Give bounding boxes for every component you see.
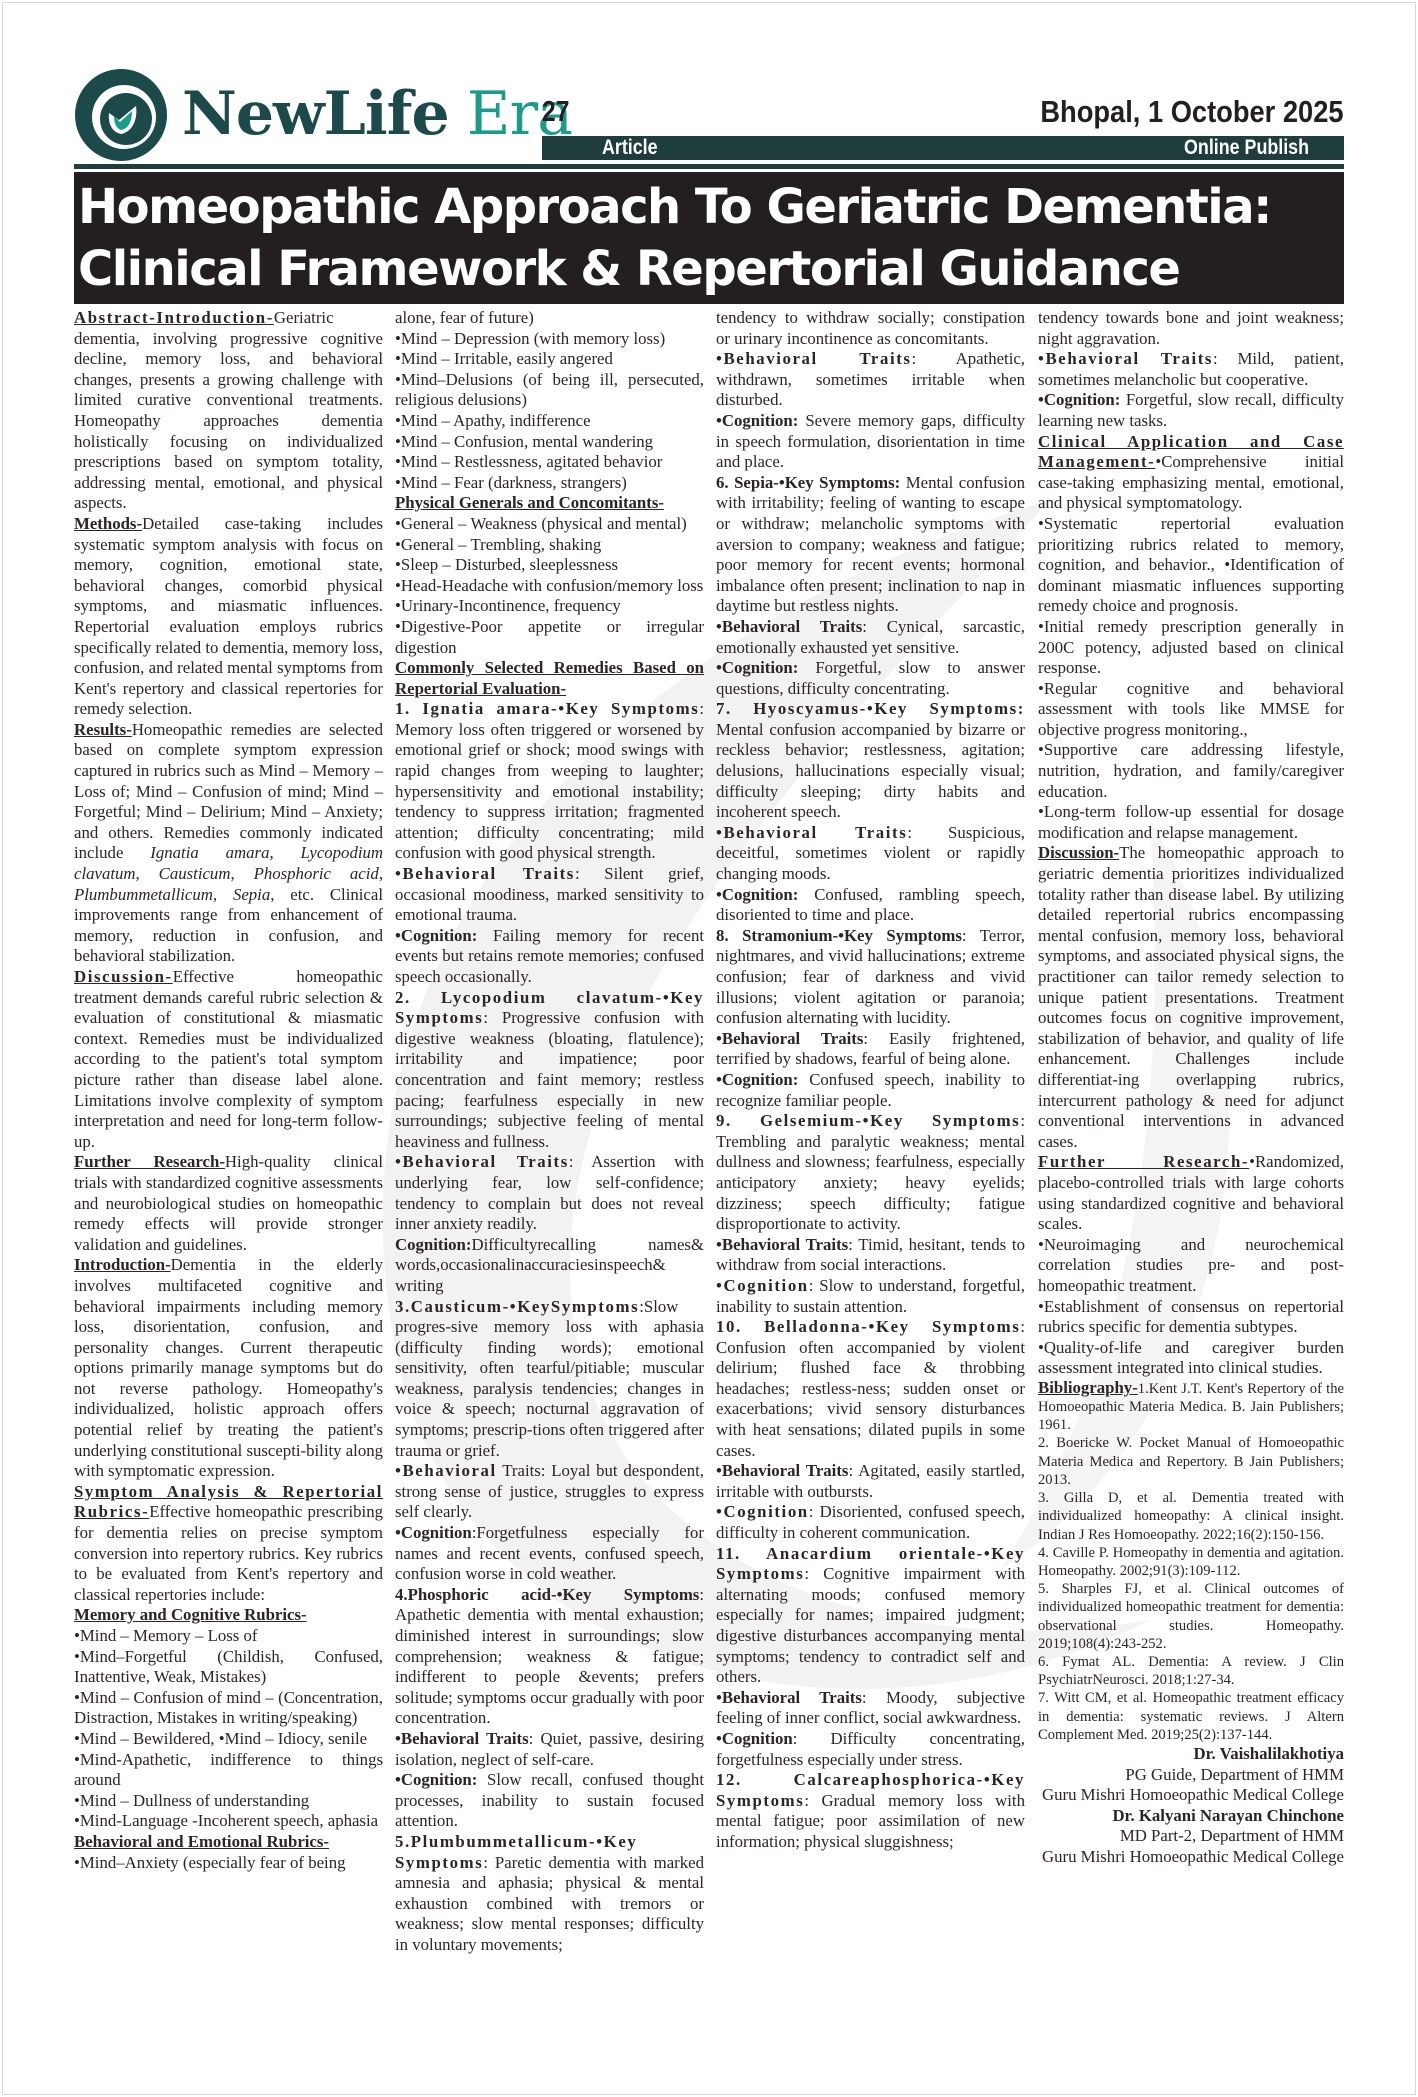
remedy-9-key: 9. Gelsemium-•Key Symptoms: Trembling an… (716, 1111, 1025, 1235)
remedy-title: 8. Stramonium-•Key Symptoms (716, 926, 962, 945)
physical-generals-heading: Physical Generals and Concomitants- (395, 493, 704, 514)
list-item: •Mind – Memory – Loss of (74, 1626, 383, 1647)
bibliography-entry: 7. Witt CM, et al. Homeopathic treatment… (1038, 1689, 1344, 1744)
remedy-title: 4.Phosphoric acid-•Key Symptoms (395, 1585, 699, 1604)
discussion-paragraph: Discussion-The homeopathic approach to g… (1038, 843, 1344, 1152)
newlife-leaf-logo-icon (74, 68, 168, 162)
remedy-text: : Apathetic dementia with mental exhaust… (395, 1585, 704, 1728)
symptom-analysis-paragraph: Symptom Analysis & Repertorial Rubrics-E… (74, 1482, 383, 1606)
cognition-label: •Cognition: (716, 1070, 798, 1089)
remedy-12-key: 12. Calcareaphosphorica-•Key Symptoms: G… (716, 1770, 1025, 1852)
list-item: •Sleep – Disturbed, sleeplessness (395, 555, 704, 576)
remedy-12-continued: tendency towards bone and joint weakness… (1038, 308, 1344, 349)
page-number: 27 (542, 96, 569, 129)
author-role: PG Guide, Department of HMM (1038, 1765, 1344, 1786)
remedy-10-behavior: •Behavioral Traits: Agitated, easily sta… (716, 1461, 1025, 1502)
remedy-text: : Memory loss often triggered or worsene… (395, 699, 704, 862)
traits-label: •Behavioral Traits (395, 864, 575, 883)
cognition-label: •Cognition (716, 1276, 809, 1295)
remedy-text: Mental confusion with irritability; feel… (716, 473, 1025, 616)
author-role: MD Part-2, Department of HMM (1038, 1826, 1344, 1847)
introduction-paragraph: Introduction-Dementia in the elderly inv… (74, 1255, 383, 1482)
remedy-12-behavior: •Behavioral Traits: Mild, patient, somet… (1038, 349, 1344, 390)
remedy-11-behavior: •Behavioral Traits: Moody, subjective fe… (716, 1688, 1025, 1729)
cognition-label: •Cognition: (716, 658, 798, 677)
remedy-5-key: 5.Plumbummetallicum-•Key Symptoms: Paret… (395, 1832, 704, 1956)
list-item: •Mind – Apathy, indifference (395, 411, 704, 432)
bibliography-entry: Bibliography-1.Kent J.T. Kent's Repertor… (1038, 1379, 1344, 1435)
remedy-title: 3.Causticum-•KeySymptoms (395, 1297, 639, 1316)
bibliography-entry: 3. Gilla D, et al. Dementia treated with… (1038, 1489, 1344, 1544)
memory-rubrics-heading: Memory and Cognitive Rubrics- (74, 1605, 383, 1626)
list-item: •Head-Headache with confusion/memory los… (395, 576, 704, 597)
remedy-11-key: 11. Anacardium orientale-•Key Symptoms: … (716, 1544, 1025, 1688)
cognition-label: Cognition: (395, 1235, 471, 1254)
clinical-application-paragraph: Clinical Application and Case Management… (1038, 432, 1344, 514)
list-item: •Mind – Dullness of understanding (74, 1791, 383, 1812)
remedy-1-cognition: •Cognition: Failing memory for recent ev… (395, 926, 704, 988)
remedy-title: 9. Gelsemium-•Key Symptoms (716, 1111, 1020, 1130)
remedy-text: :Slow progres-sive memory loss with apha… (395, 1297, 704, 1460)
author-institution: Guru Mishri Homoeopathic Medical College (1038, 1847, 1344, 1868)
cognition-label: •Cognition: (395, 926, 477, 945)
list-item: •Systematic repertorial evaluation prior… (1038, 514, 1344, 617)
remedy-6-key: 6. Sepia-•Key Symptoms: Mental confusion… (716, 473, 1025, 617)
methods-text: Detailed case-taking includes systematic… (74, 514, 383, 718)
list-item: •Mind – Depression (with memory loss) (395, 329, 704, 350)
list-item: •Mind – Confusion of mind – (Concentrati… (74, 1688, 383, 1729)
traits-label: •Behavioral Traits (716, 823, 907, 842)
remedy-3-behavior: •Behavioral Traits: Loyal but despondent… (395, 1461, 704, 1523)
list-item-continued: alone, fear of future) (395, 308, 704, 329)
logo-name: NewLife (182, 79, 449, 149)
results-heading: Results- (74, 720, 132, 739)
list-item: •Regular cognitive and behavioral assess… (1038, 679, 1344, 741)
masthead-logo-text: NewLife Era (182, 74, 572, 154)
remedy-title: 10. Belladonna-•Key Symptoms (716, 1317, 1020, 1336)
cognition-label: •Cognition: (716, 885, 798, 904)
masthead-rule (74, 164, 1344, 169)
headline-line-2: Clinical Framework & Repertorial Guidanc… (78, 238, 1344, 300)
author-block-2: Dr. Kalyani Narayan Chinchone MD Part-2,… (1038, 1806, 1344, 1868)
column-4: tendency towards bone and joint weakness… (1038, 308, 1344, 1868)
list-item: •Mind – Fear (darkness, strangers) (395, 473, 704, 494)
remedy-text: : Confusion often accompanied by violent… (716, 1317, 1025, 1460)
article-body: Abstract-Introduction-Geriatric dementia… (74, 308, 1344, 2048)
cognition-label: •Cognition (716, 1729, 793, 1748)
page-title: Homeopathic Approach To Geriatric Dement… (74, 172, 1344, 304)
headline-line-1: Homeopathic Approach To Geriatric Dement… (78, 176, 1344, 238)
remedy-title: 1. Ignatia amara-•Key Symptoms (395, 699, 699, 718)
remedy-2-key: 2. Lycopodium clavatum-•Key Symptoms: Pr… (395, 988, 704, 1153)
discussion-text: Effective homeopathic treatment demands … (74, 967, 383, 1151)
remedy-9-cognition: •Cognition: Slow to understand, forgetfu… (716, 1276, 1025, 1317)
remedy-2-cognition: Cognition:Difficultyrecalling names& wor… (395, 1235, 704, 1297)
publish-label: Online Publish (1184, 136, 1309, 160)
list-item: •General – Trembling, shaking (395, 535, 704, 556)
traits-label: •Behavioral Traits (716, 1461, 848, 1480)
list-item: •Supportive care addressing lifestyle, n… (1038, 740, 1344, 802)
list-item: •Urinary-Incontinence, frequency (395, 596, 704, 617)
dateline: Bhopal, 1 October 2025 (1041, 94, 1344, 130)
discussion-text: The homeopathic approach to geriatric de… (1038, 843, 1344, 1150)
remedy-4-behavior: •Behavioral Traits: Quiet, passive, desi… (395, 1729, 704, 1770)
remedy-8-behavior: •Behavioral Traits: Easily frightened, t… (716, 1029, 1025, 1070)
remedy-title: 7. Hyoscyamus-•Key Symptoms: (716, 699, 1025, 718)
remedy-6-cognition: •Cognition: Forgetful, slow to answer qu… (716, 658, 1025, 699)
results-paragraph: Results-Homeopathic remedies are selecte… (74, 720, 383, 967)
remedy-text: Mental confusion accompanied by bizarre … (716, 720, 1025, 821)
traits-label: •Behavioral Traits (716, 1029, 863, 1048)
remedy-11-cognition: •Cognition: Difficulty concentrating, fo… (716, 1729, 1025, 1770)
further-research-heading: Further Research- (1038, 1152, 1249, 1171)
list-item: •Initial remedy prescription generally i… (1038, 617, 1344, 679)
further-research-heading: Further Research- (74, 1152, 225, 1171)
further-research-paragraph: Further Research-•Randomized, placebo-co… (1038, 1152, 1344, 1234)
list-item: •Mind – Bewildered, •Mind – Idiocy, seni… (74, 1729, 383, 1750)
remedy-9-behavior: •Behavioral Traits: Timid, hesitant, ten… (716, 1235, 1025, 1276)
traits-label: •Behavioral Traits (716, 1235, 848, 1254)
cognition-label: •Cognition: (716, 411, 798, 430)
column-1: Abstract-Introduction-Geriatric dementia… (74, 308, 383, 1873)
remedy-5-continued: tendency to withdraw socially; constipat… (716, 308, 1025, 349)
remedy-10-cognition: •Cognition: Disoriented, confused speech… (716, 1502, 1025, 1543)
behavioral-rubrics-heading: Behavioral and Emotional Rubrics- (74, 1832, 383, 1853)
section-label: Article (602, 136, 658, 160)
remedy-6-behavior: •Behavioral Traits: Cynical, sarcastic, … (716, 617, 1025, 658)
remedy-7-cognition: •Cognition: Confused, rambling speech, d… (716, 885, 1025, 926)
remedy-2-behavior: •Behavioral Traits: Assertion with under… (395, 1152, 704, 1234)
traits-label: •Behavioral Traits (395, 1152, 569, 1171)
list-item: •Mind-Apathetic, indifference to things … (74, 1750, 383, 1791)
introduction-heading: Introduction- (74, 1255, 171, 1274)
author-block-1: Dr. Vaishalilakhotiya PG Guide, Departme… (1038, 1744, 1344, 1806)
remedy-12-cognition: •Cognition: Forgetful, slow recall, diff… (1038, 390, 1344, 431)
methods-paragraph: Methods-Detailed case-taking includes sy… (74, 514, 383, 720)
remedy-name: Causticum (159, 864, 231, 883)
traits-label: •Behavioral Traits (716, 617, 862, 636)
remedy-7-behavior: •Behavioral Traits: Suspicious, deceitfu… (716, 823, 1025, 885)
remedy-1-key: 1. Ignatia amara-•Key Symptoms: Memory l… (395, 699, 704, 864)
bibliography-heading: Bibliography- (1038, 1378, 1138, 1397)
remedy-8-key: 8. Stramonium-•Key Symptoms: Terror, nig… (716, 926, 1025, 1029)
remedy-name: Sepia (233, 885, 270, 904)
cognition-label: •Cognition: (1038, 390, 1120, 409)
traits-label: •Behavioral (395, 1461, 497, 1480)
remedy-4-key: 4.Phosphoric acid-•Key Symptoms: Apathet… (395, 1585, 704, 1729)
bibliography-entry: 5. Sharples FJ, et al. Clinical outcomes… (1038, 1580, 1344, 1653)
list-item: •General – Weakness (physical and mental… (395, 514, 704, 535)
remedy-8-cognition: •Cognition: Confused speech, inability t… (716, 1070, 1025, 1111)
remedy-5-cognition: •Cognition: Severe memory gaps, difficul… (716, 411, 1025, 473)
remedy-title: 6. Sepia-•Key Symptoms: (716, 473, 900, 492)
bibliography-entry: 6. Fymat AL. Dementia: A review. J Clin … (1038, 1653, 1344, 1689)
methods-heading: Methods- (74, 514, 142, 533)
author-name: Dr. Vaishalilakhotiya (1038, 1744, 1344, 1765)
bibliography-entry: 4. Caville P. Homeopathy in dementia and… (1038, 1544, 1344, 1580)
remedy-text: : Progressive confusion with digestive w… (395, 1008, 704, 1151)
remedy-4-cognition: •Cognition: Slow recall, confused though… (395, 1770, 704, 1832)
bibliography-entry: 2. Boericke W. Pocket Manual of Homoeopa… (1038, 1434, 1344, 1489)
list-item: •Neuroimaging and neurochemical correlat… (1038, 1235, 1344, 1297)
remedy-name: Phosphoric acid (254, 864, 379, 883)
remedy-5-behavior: •Behavioral Traits: Apathetic, withdrawn… (716, 349, 1025, 411)
discussion-heading: Discussion- (1038, 843, 1119, 862)
further-research-paragraph: Further Research-High-quality clinical t… (74, 1152, 383, 1255)
list-item: •Establishment of consensus on repertori… (1038, 1297, 1344, 1338)
list-item: •Mind–Anxiety (especially fear of being (74, 1853, 383, 1874)
results-text: Homeopathic remedies are selected based … (74, 720, 383, 863)
discussion-paragraph: Discussion-Effective homeopathic treatme… (74, 967, 383, 1152)
remedy-10-key: 10. Belladonna-•Key Symptoms: Confusion … (716, 1317, 1025, 1461)
list-item: •Mind – Confusion, mental wandering (395, 432, 704, 453)
column-3: tendency to withdraw socially; constipat… (716, 308, 1025, 1853)
column-2: alone, fear of future) •Mind – Depressio… (395, 308, 704, 1956)
cognition-label: •Cognition: (395, 1770, 477, 1789)
list-item: •Quality-of-life and caregiver burden as… (1038, 1338, 1344, 1379)
remedy-name: Plumbummetallicum (74, 885, 213, 904)
remedy-3-key: 3.Causticum-•KeySymptoms:Slow progres-si… (395, 1297, 704, 1462)
abstract-heading: Abstract-Introduction- (74, 308, 274, 327)
list-item: •Digestive-Poor appetite or irregular di… (395, 617, 704, 658)
cognition-label: •Cognition (395, 1523, 472, 1542)
traits-label: •Behavioral Traits (1038, 349, 1213, 368)
author-name: Dr. Kalyani Narayan Chinchone (1038, 1806, 1344, 1827)
traits-label: •Behavioral Traits (395, 1729, 529, 1748)
remedy-3-cognition: •Cognition:Forgetfulness especially for … (395, 1523, 704, 1585)
introduction-text: Dementia in the elderly involves multifa… (74, 1255, 383, 1480)
traits-label: •Behavioral Traits (716, 349, 912, 368)
masthead: NewLife Era 27 Bhopal, 1 October 2025 Ar… (74, 66, 1344, 166)
list-item: •Mind–Delusions (of being ill, persecute… (395, 370, 704, 411)
abstract-text: Geriatric dementia, involving progressiv… (74, 308, 383, 512)
discussion-heading: Discussion- (74, 967, 173, 986)
remedy-name: Ignatia amara (150, 843, 269, 862)
list-item: •Mind – Restlessness, agitated behavior (395, 452, 704, 473)
list-item: •Mind – Irritable, easily angered (395, 349, 704, 370)
remedies-heading: Commonly Selected Remedies Based on Repe… (395, 658, 704, 699)
author-institution: Guru Mishri Homoeopathic Medical College (1038, 1785, 1344, 1806)
list-item: •Mind–Forgetful (Childish, Confused, Ina… (74, 1647, 383, 1688)
remedy-7-key: 7. Hyoscyamus-•Key Symptoms: Mental conf… (716, 699, 1025, 823)
list-item: •Long-term follow-up essential for dosag… (1038, 802, 1344, 843)
section-bar: Article Online Publish (542, 136, 1344, 160)
cognition-label: •Cognition (716, 1502, 809, 1521)
traits-label: •Behavioral Traits (716, 1688, 862, 1707)
abstract-paragraph: Abstract-Introduction-Geriatric dementia… (74, 308, 383, 514)
list-item: •Mind-Language -Incoherent speech, aphas… (74, 1811, 383, 1832)
remedy-1-behavior: •Behavioral Traits: Silent grief, occasi… (395, 864, 704, 926)
